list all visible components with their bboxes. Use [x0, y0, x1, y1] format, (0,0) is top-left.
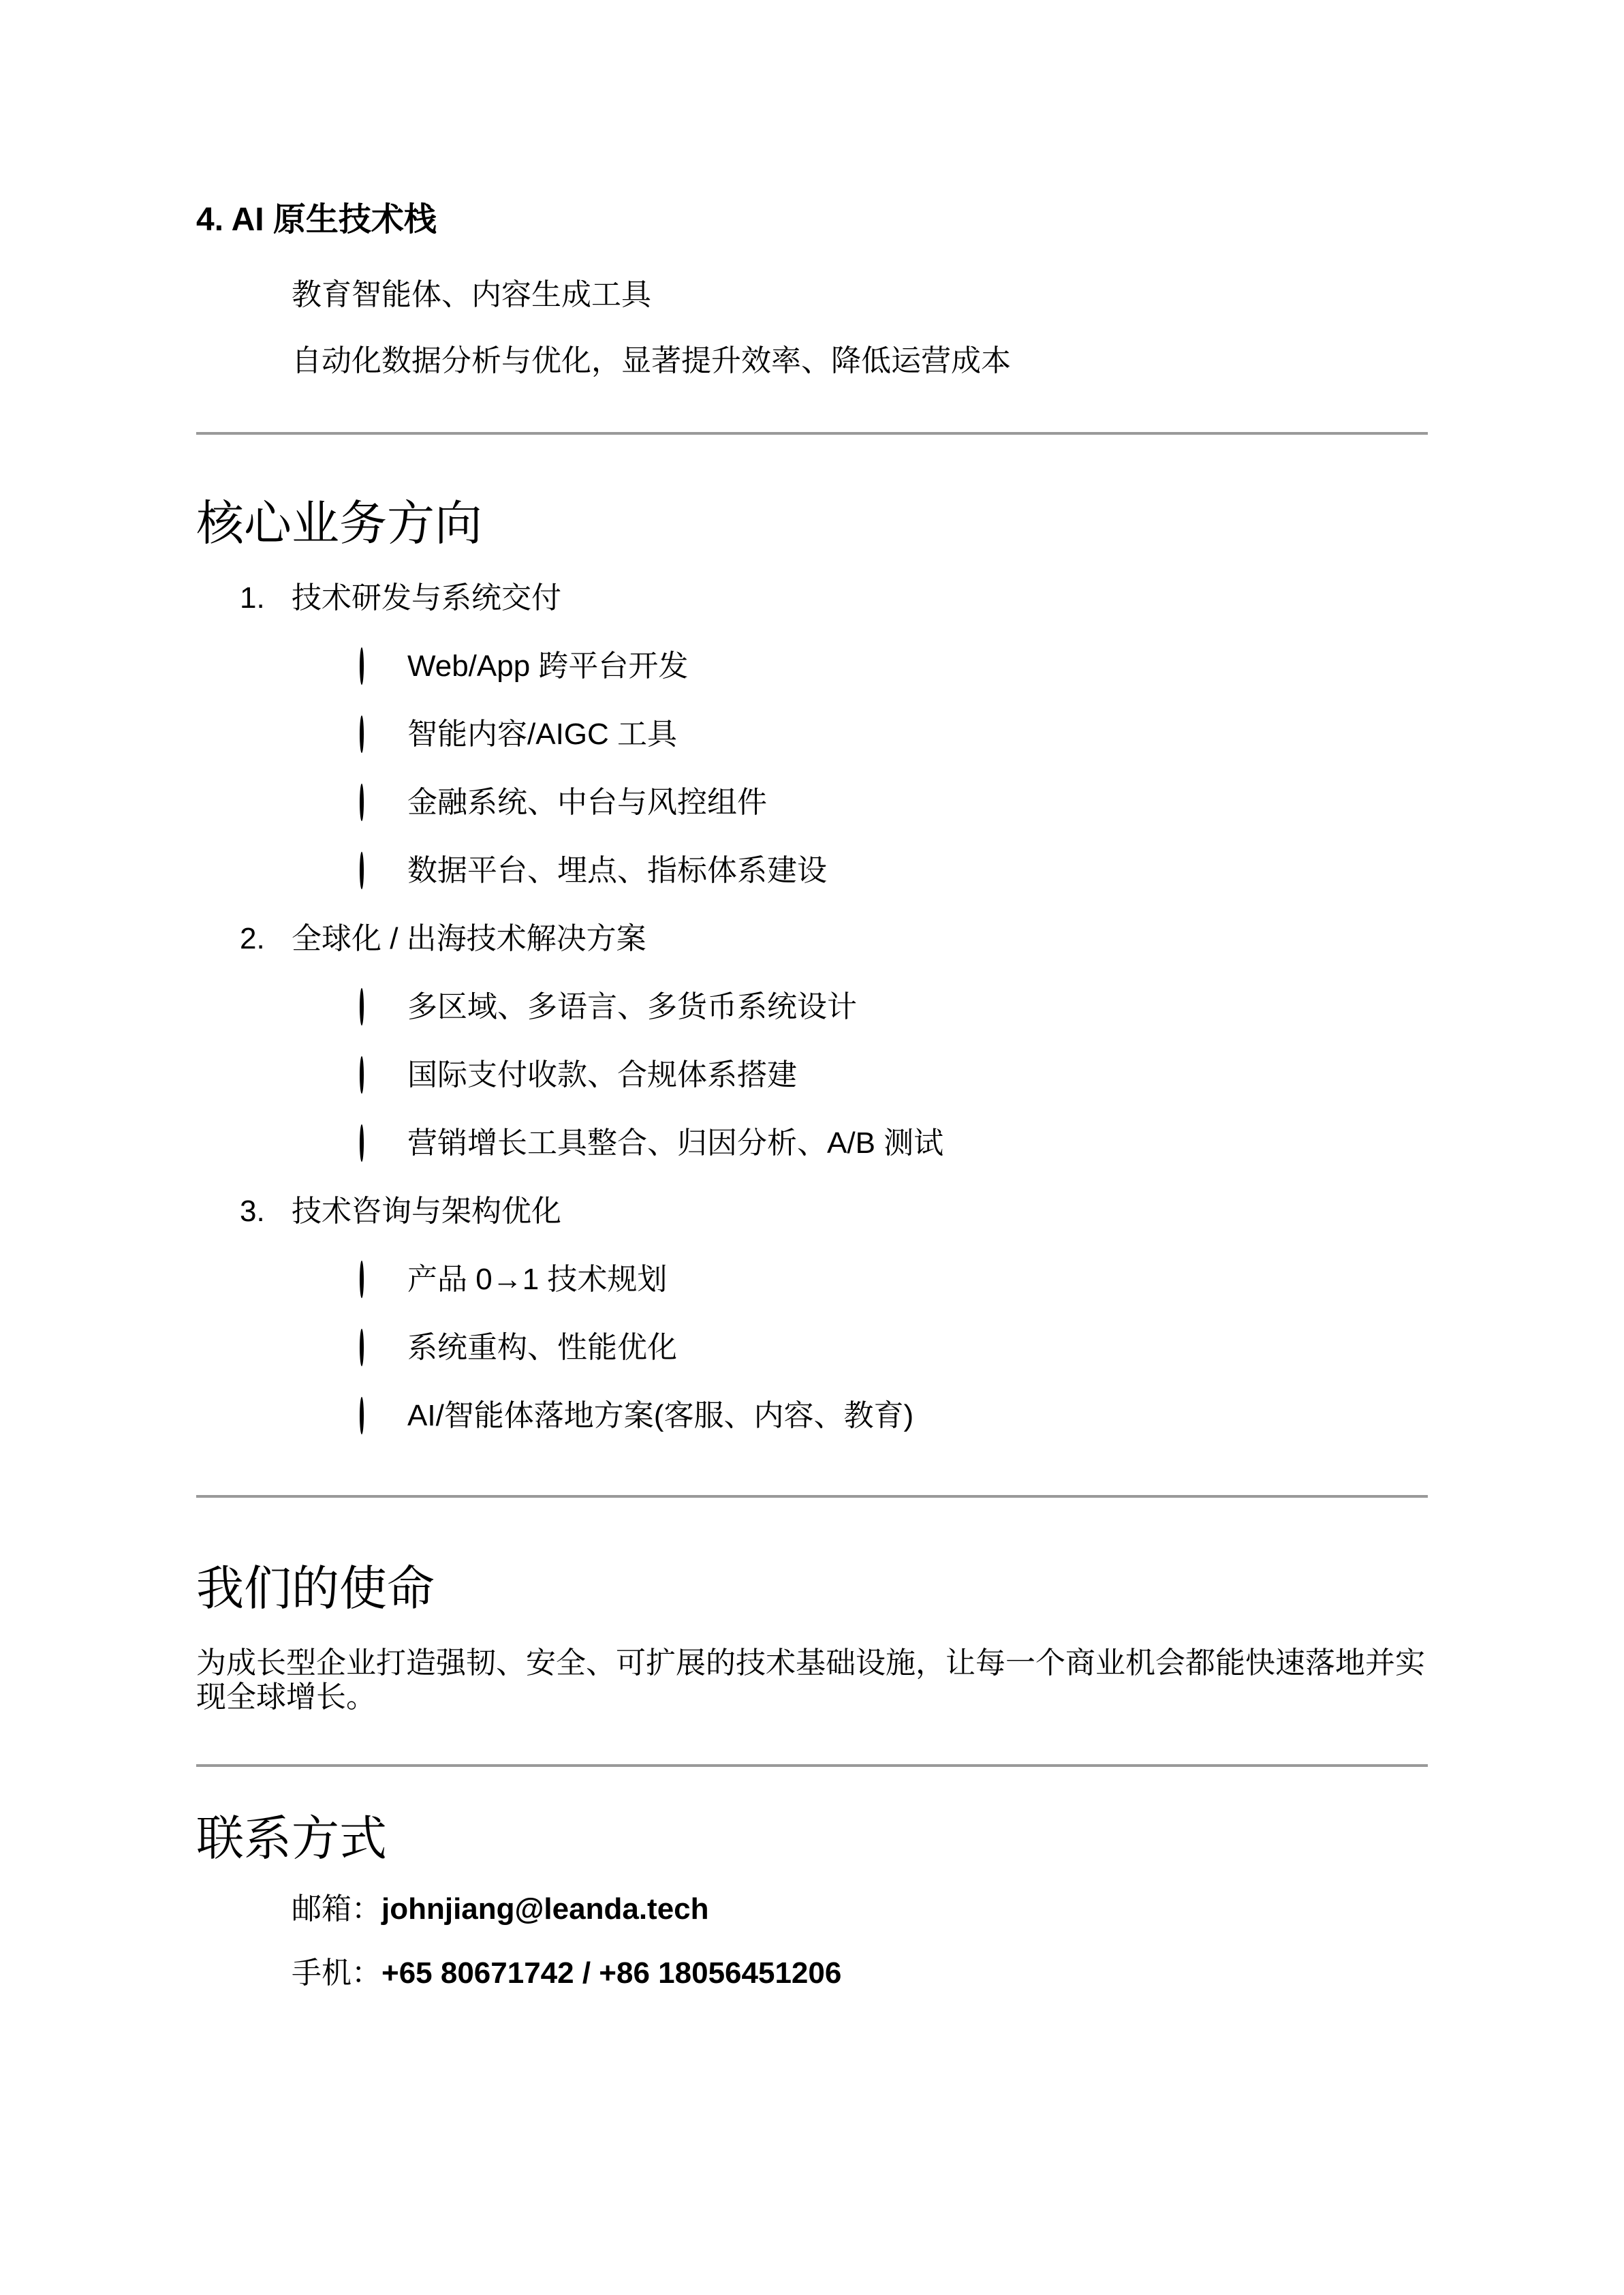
subitem-text: 产品 0→1 技术规划	[407, 1262, 667, 1297]
bullet-circle-icon	[360, 1056, 364, 1094]
bullet-circle-icon	[360, 784, 364, 821]
bullet-marker	[360, 1398, 407, 1434]
section-divider	[196, 1495, 1428, 1498]
section-contact: 联系方式 邮箱：johnjiang@leanda.tech 手机：+65 806…	[196, 1811, 1428, 1991]
bullet-marker	[360, 1330, 407, 1366]
bullet-marker	[360, 1058, 407, 1093]
list-subitem: 多区域、多语言、多货币系统设计	[360, 989, 1428, 1025]
list-number: 2.	[240, 921, 292, 957]
bullet-circle-icon	[360, 715, 364, 753]
contact-label: 邮箱：	[292, 1892, 381, 1926]
contact-item-email: 邮箱：johnjiang@leanda.tech	[240, 1892, 1428, 1927]
subitem-text: 系统重构、性能优化	[407, 1330, 677, 1366]
bullet-circle-icon	[360, 988, 364, 1026]
bullet-marker	[360, 989, 407, 1025]
section-divider	[196, 432, 1428, 435]
contact-item-phone: 手机：+65 80671742 / +86 18056451206	[240, 1956, 1428, 1991]
mission-heading: 我们的使命	[196, 1561, 1428, 1616]
section-divider	[196, 1764, 1428, 1767]
list-subitem: 智能内容/AIGC 工具	[360, 717, 1428, 752]
bullet-circle-icon	[360, 1124, 364, 1162]
subitem-text: 营销增长工具整合、归因分析、A/B 测试	[407, 1126, 943, 1161]
list-item: 教育智能体、内容生成工具	[240, 277, 1428, 313]
list-number: 1.	[240, 581, 292, 616]
bullet-marker	[360, 717, 407, 752]
contact-item-text: 邮箱：johnjiang@leanda.tech	[292, 1892, 709, 1927]
bullet-circle-icon	[360, 1397, 364, 1434]
numbered-item-text: 全球化 / 出海技术解决方案	[292, 921, 646, 957]
list-item: 自动化数据分析与优化，显著提升效率、降低运营成本	[240, 343, 1428, 379]
contact-phone-value: +65 80671742 / +86 18056451206	[381, 1956, 841, 1990]
contact-email-value: johnjiang@leanda.tech	[381, 1892, 709, 1926]
subitem-text: 多区域、多语言、多货币系统设计	[407, 989, 857, 1025]
bullet-circle-icon	[360, 647, 364, 685]
subitem-text: 数据平台、埋点、指标体系建设	[407, 853, 827, 889]
contact-heading: 联系方式	[196, 1811, 1428, 1866]
contact-item-text: 手机：+65 80671742 / +86 18056451206	[292, 1956, 841, 1991]
bullet-circle-icon	[360, 1329, 364, 1366]
list-subitem: 金融系统、中台与风控组件	[360, 785, 1428, 820]
subitem-text: AI/智能体落地方案(客服、内容、教育)	[407, 1398, 913, 1434]
bullet-circle-icon	[360, 852, 364, 889]
list-subitem: Web/App 跨平台开发	[360, 649, 1428, 684]
list-number: 3.	[240, 1194, 292, 1229]
bullet-marker	[360, 1262, 407, 1297]
subitem-text: 金融系统、中台与风控组件	[407, 785, 767, 820]
numbered-item-text: 技术研发与系统交付	[292, 581, 561, 616]
contact-label: 手机：	[292, 1956, 381, 1990]
list-subitem: 营销增长工具整合、归因分析、A/B 测试	[360, 1126, 1428, 1161]
list-subitem: 系统重构、性能优化	[360, 1330, 1428, 1366]
mission-paragraph: 为成长型企业打造强韧、安全、可扩展的技术基础设施，让每一个商业机会都能快速落地并…	[196, 1646, 1428, 1714]
list-subitem: 数据平台、埋点、指标体系建设	[360, 853, 1428, 889]
numbered-item: 3. 技术咨询与架构优化	[240, 1194, 1428, 1229]
bullet-circle-icon	[360, 1261, 364, 1298]
subitem-text: 智能内容/AIGC 工具	[407, 717, 677, 752]
bullet-marker	[360, 649, 407, 684]
list-subitem: AI/智能体落地方案(客服、内容、教育)	[360, 1398, 1428, 1434]
list-subitem: 产品 0→1 技术规划	[360, 1262, 1428, 1297]
section-ai-stack: 4. AI 原生技术栈 教育智能体、内容生成工具 自动化数据分析与优化，显著提升…	[196, 201, 1428, 379]
bullet-marker	[360, 853, 407, 889]
subitem-text: Web/App 跨平台开发	[407, 649, 688, 684]
bullet-marker	[360, 1126, 407, 1161]
bullet-marker	[360, 785, 407, 820]
section-core-business: 核心业务方向 1. 技术研发与系统交付 Web/App 跨平台开发 智能内容/A…	[196, 496, 1428, 1434]
list-item-text: 自动化数据分析与优化，显著提升效率、降低运营成本	[292, 343, 1011, 379]
core-business-heading: 核心业务方向	[196, 496, 1428, 551]
document-page: 4. AI 原生技术栈 教育智能体、内容生成工具 自动化数据分析与优化，显著提升…	[0, 0, 1624, 2295]
ai-stack-heading: 4. AI 原生技术栈	[196, 201, 1428, 239]
subitem-text: 国际支付收款、合规体系搭建	[407, 1058, 797, 1093]
list-item-text: 教育智能体、内容生成工具	[292, 277, 651, 313]
numbered-item-text: 技术咨询与架构优化	[292, 1194, 561, 1229]
numbered-item: 1. 技术研发与系统交付	[240, 581, 1428, 616]
list-subitem: 国际支付收款、合规体系搭建	[360, 1058, 1428, 1093]
section-mission: 我们的使命 为成长型企业打造强韧、安全、可扩展的技术基础设施，让每一个商业机会都…	[196, 1561, 1428, 1714]
numbered-item: 2. 全球化 / 出海技术解决方案	[240, 921, 1428, 957]
